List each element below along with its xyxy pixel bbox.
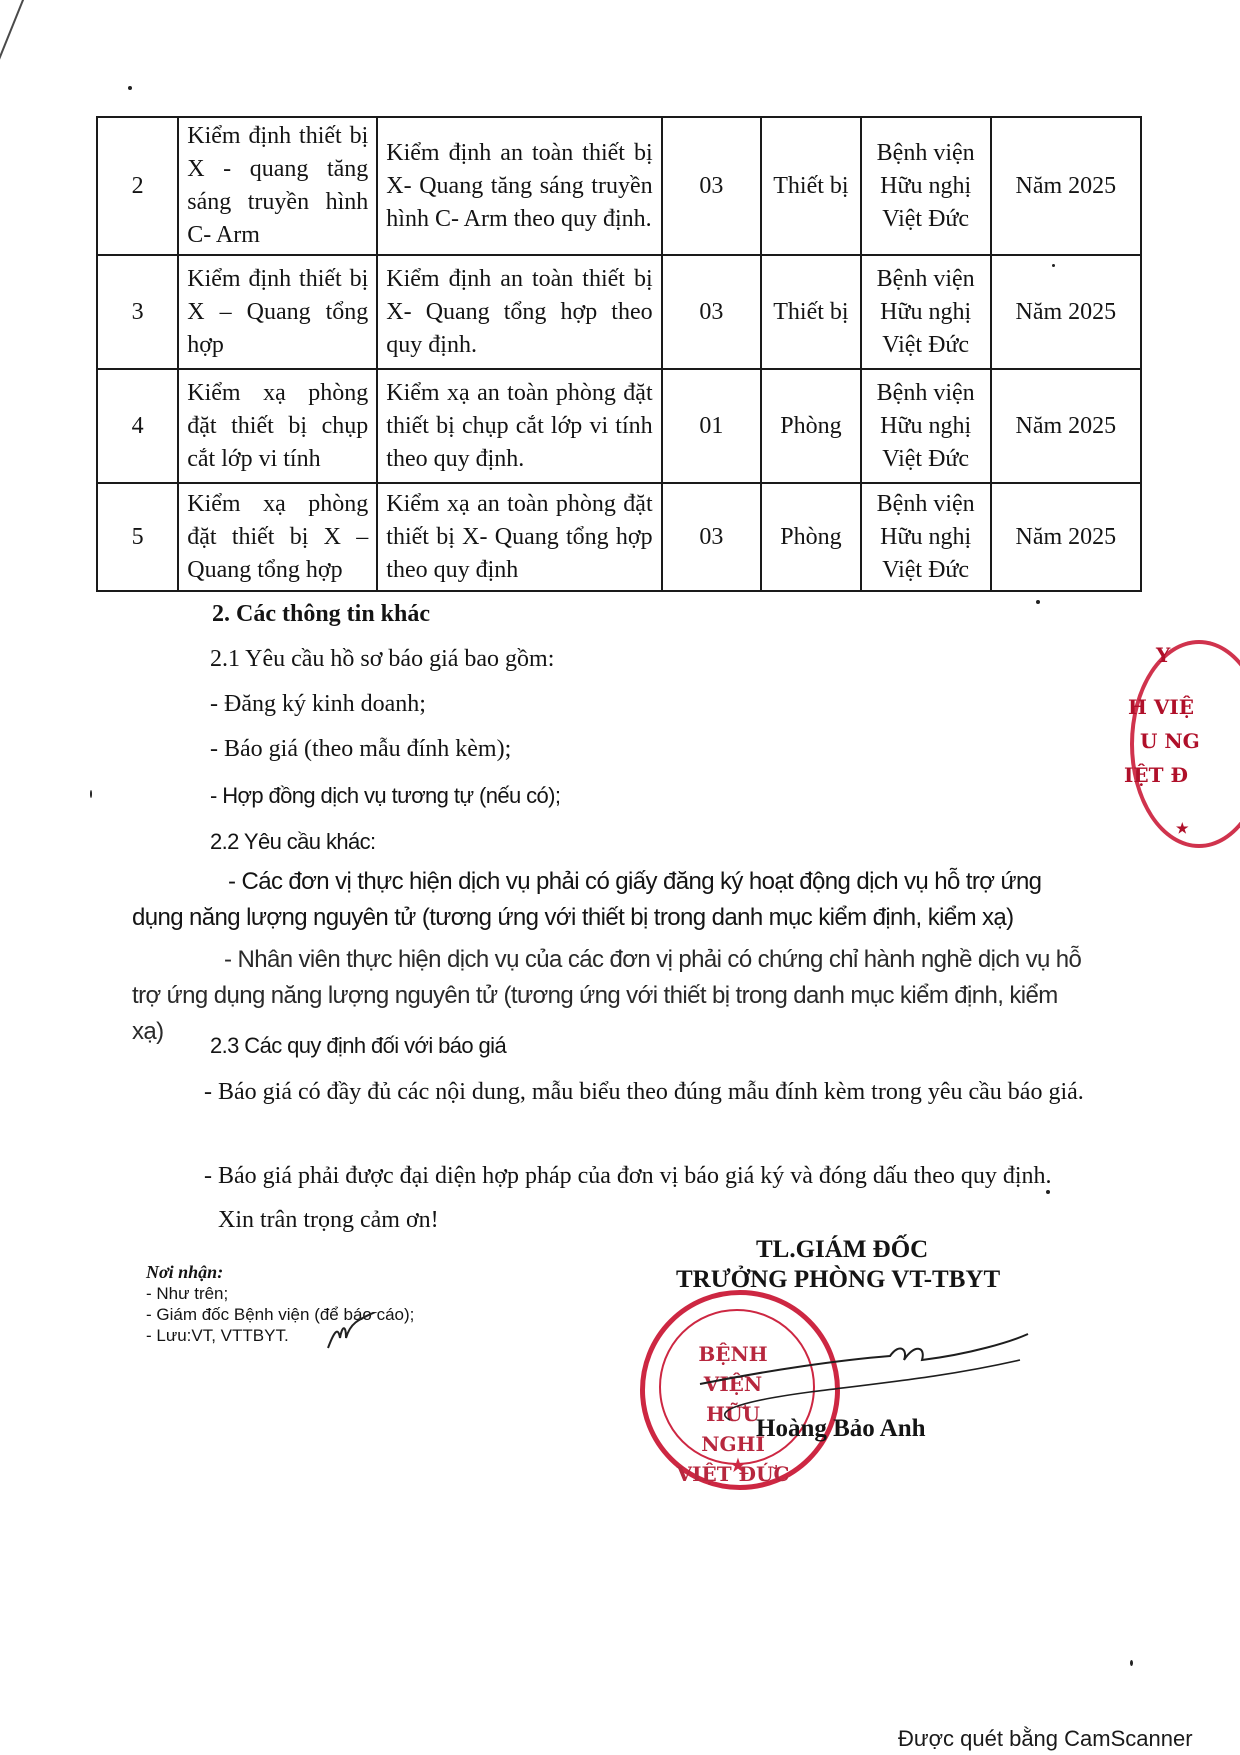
item-time: Năm 2025 — [991, 255, 1141, 369]
subsection-2-2-title: 2.2 Yêu cầu khác: — [210, 826, 376, 858]
scan-speck — [1036, 600, 1040, 604]
item-name: Kiểm xạ phòng đặt thiết bị chụp cắt lớp … — [178, 369, 377, 483]
scan-speck — [90, 790, 92, 798]
table-row: 4 Kiểm xạ phòng đặt thiết bị chụp cắt lớ… — [97, 369, 1141, 483]
requirement-item: - Báo giá (theo mẫu đính kèm); — [210, 733, 511, 765]
quote-rule: - Báo giá phải được đại diện hợp pháp củ… — [204, 1160, 1052, 1192]
table-row: 2 Kiểm định thiết bị X - quang tăng sáng… — [97, 117, 1141, 255]
item-quantity: 03 — [662, 255, 762, 369]
signature-title-line1: TL.GIÁM ĐỐC — [756, 1235, 928, 1265]
edge-stamp-text: U NG — [1140, 724, 1200, 758]
item-description: Kiểm định an toàn thiết bị X- Quang tổng… — [377, 255, 661, 369]
item-quantity: 03 — [662, 483, 762, 591]
item-description: Kiểm định an toàn thiết bị X- Quang tăng… — [377, 117, 661, 255]
item-location: Bệnh viện Hữu nghị Việt Đức — [861, 369, 991, 483]
item-name: Kiểm định thiết bị X – Quang tổng hợp — [178, 255, 377, 369]
star-icon: ★ — [729, 1453, 747, 1478]
initials-scribble — [324, 1312, 384, 1356]
signer-name: Hoàng Bảo Anh — [756, 1414, 926, 1444]
section-heading: 2. Các thông tin khác — [212, 598, 430, 630]
requirement-item: - Hợp đồng dịch vụ tương tự (nếu có); — [210, 780, 560, 812]
edge-stamp-text: H VIỆ — [1128, 690, 1194, 724]
subsection-2-1-title: 2.1 Yêu cầu hồ sơ báo giá bao gồm: — [210, 643, 554, 675]
item-unit: Phòng — [761, 369, 861, 483]
table-row: 5 Kiểm xạ phòng đặt thiết bị X – Quang t… — [97, 483, 1141, 591]
subsection-2-3-title: 2.3 Các quy định đối với báo giá — [210, 1030, 506, 1062]
recipients-title: Nơi nhận: — [146, 1262, 414, 1283]
closing-line: Xin trân trọng cảm ơn! — [218, 1204, 439, 1236]
item-quantity: 01 — [662, 369, 762, 483]
quote-rule: - Báo giá có đầy đủ các nội dung, mẫu bi… — [132, 1070, 1084, 1114]
row-number: 5 — [97, 483, 178, 591]
item-location: Bệnh viện Hữu nghị Việt Đức — [861, 483, 991, 591]
item-description: Kiểm xạ an toàn phòng đặt thiết bị chụp … — [377, 369, 661, 483]
service-items-table: 2 Kiểm định thiết bị X - quang tăng sáng… — [96, 116, 1142, 592]
row-number: 2 — [97, 117, 178, 255]
item-location: Bệnh viện Hữu nghị Việt Đức — [861, 117, 991, 255]
scan-fold-line — [0, 0, 32, 296]
recipient-item: - Như trên; — [146, 1283, 414, 1304]
other-requirement: - Các đơn vị thực hiện dịch vụ phải có g… — [132, 864, 1082, 936]
edge-stamp-text: Y — [1156, 638, 1170, 672]
scan-speck — [1130, 1660, 1133, 1666]
table-row: 3 Kiểm định thiết bị X – Quang tổng hợp … — [97, 255, 1141, 369]
item-time: Năm 2025 — [991, 369, 1141, 483]
item-name: Kiểm xạ phòng đặt thiết bị X – Quang tổn… — [178, 483, 377, 591]
item-location: Bệnh viện Hữu nghị Việt Đức — [861, 255, 991, 369]
item-time: Năm 2025 — [991, 117, 1141, 255]
document-page: 2 Kiểm định thiết bị X - quang tăng sáng… — [0, 0, 1240, 1755]
item-unit: Phòng — [761, 483, 861, 591]
edge-stamp-text: IỆT Đ — [1124, 758, 1188, 792]
requirement-item: - Đăng ký kinh doanh; — [210, 688, 426, 720]
item-name: Kiểm định thiết bị X - quang tăng sáng t… — [178, 117, 377, 255]
item-quantity: 03 — [662, 117, 762, 255]
item-unit: Thiết bị — [761, 255, 861, 369]
row-number: 3 — [97, 255, 178, 369]
scan-speck — [128, 86, 132, 90]
row-number: 4 — [97, 369, 178, 483]
item-time: Năm 2025 — [991, 483, 1141, 591]
item-unit: Thiết bị — [761, 117, 861, 255]
item-description: Kiểm xạ an toàn phòng đặt thiết bị X- Qu… — [377, 483, 661, 591]
scanner-watermark: Được quét bằng CamScanner — [898, 1726, 1193, 1752]
star-icon: ★ — [1176, 812, 1189, 846]
